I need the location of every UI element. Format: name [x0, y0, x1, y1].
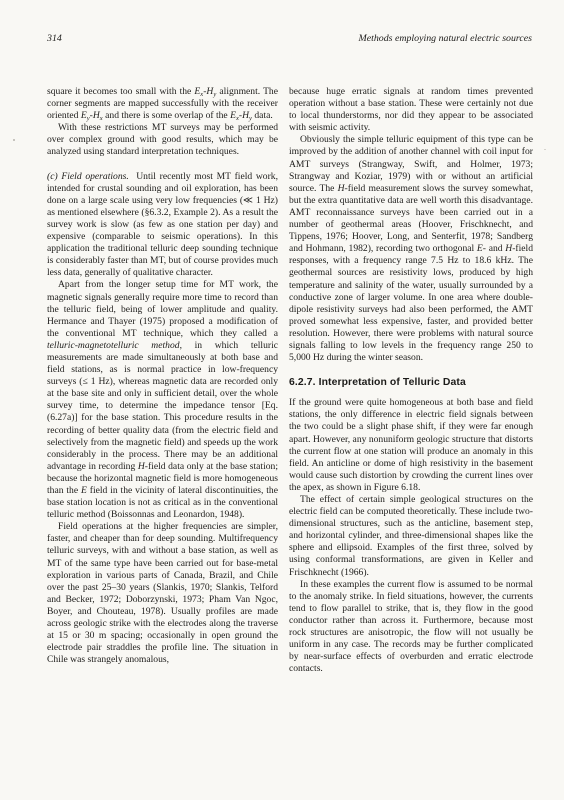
paragraph: In these examples the current flow is as… [289, 579, 533, 676]
book-page: 314 Methods employing natural electric s… [0, 0, 564, 800]
running-head: Methods employing natural electric sourc… [358, 33, 532, 44]
paragraph: Apart from the longer setup time for MT … [47, 279, 278, 521]
page-header: 314 Methods employing natural electric s… [47, 33, 532, 44]
paragraph: The effect of certain simple geological … [289, 494, 533, 579]
paragraph: because huge erratic signals at random t… [289, 86, 533, 134]
paragraph: square it becomes too small with the Ex-… [47, 86, 278, 122]
paragraph: (c) Field operations. Until recently mos… [47, 171, 278, 280]
paragraph: Field operations at the higher frequenci… [47, 521, 278, 666]
page-number: 314 [47, 33, 62, 44]
paragraph: With these restrictions MT surveys may b… [47, 122, 278, 158]
section-heading: 6.2.7. Interpretation of Telluric Data [289, 377, 533, 389]
paragraph: If the ground were quite homogeneous at … [289, 397, 533, 494]
scan-speck [544, 149, 546, 150]
left-column: square it becomes too small with the Ex-… [47, 86, 278, 675]
scan-speck [13, 139, 15, 141]
paragraph: Obviously the simple telluric equipment … [289, 134, 533, 364]
text-columns: square it becomes too small with the Ex-… [47, 86, 533, 675]
right-column: because huge erratic signals at random t… [289, 86, 533, 675]
